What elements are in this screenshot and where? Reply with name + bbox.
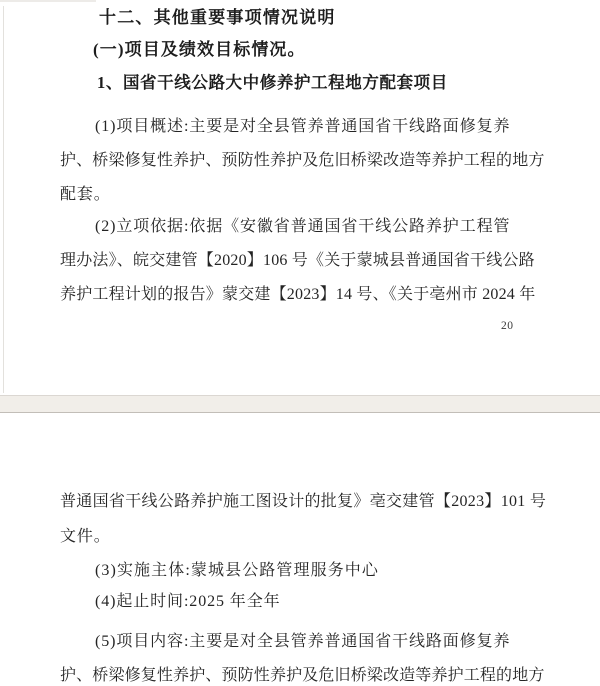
- paragraph-2-line-2: 理办法》、皖交建管【2020】106 号《关于蒙城县普通国省干线公路: [60, 251, 535, 270]
- subsection-heading: (一)项目及绩效目标情况。: [93, 40, 306, 59]
- page-edge-shadow-left: [3, 6, 4, 393]
- paragraph-2-line-3: 养护工程计划的报告》蒙交建【2023】14 号、《关于亳州市 2024 年: [60, 285, 535, 304]
- page-edge-shadow-top: [0, 0, 96, 2]
- section-heading: 十二、其他重要事项情况说明: [99, 8, 336, 27]
- page-number: 20: [501, 317, 514, 336]
- document-page-view: 十二、其他重要事项情况说明 (一)项目及绩效目标情况。 1、国省干线公路大中修养…: [0, 0, 600, 686]
- item-3-implementing-body: (3)实施主体:蒙城县公路管理服务中心: [95, 561, 379, 580]
- paragraph-1-line-1: (1)项目概述:主要是对全县管养普通国省干线路面修复养: [95, 117, 510, 136]
- item-5-project-content-line-1: (5)项目内容:主要是对全县管养普通国省干线路面修复养: [95, 632, 510, 651]
- paragraph-1-line-2: 护、桥梁修复性养护、预防性养护及危旧桥梁改造等养护工程的地方: [60, 151, 545, 170]
- item-heading-project-1: 1、国省干线公路大中修养护工程地方配套项目: [97, 73, 448, 92]
- paragraph-1-line-3: 配套。: [60, 185, 111, 204]
- paragraph-2-line-1: (2)立项依据:依据《安徽省普通国省干线公路养护工程管: [95, 217, 510, 236]
- paragraph-2-continued-line-2: 文件。: [60, 527, 111, 546]
- paragraph-2-continued-line-1: 普通国省干线公路养护施工图设计的批复》亳交建管【2023】101 号: [60, 492, 546, 511]
- item-4-time-period: (4)起止时间:2025 年全年: [95, 592, 281, 611]
- item-5-project-content-line-2: 护、桥梁修复性养护、预防性养护及危旧桥梁改造等养护工程的地方: [60, 666, 545, 685]
- page-separator: [0, 395, 600, 413]
